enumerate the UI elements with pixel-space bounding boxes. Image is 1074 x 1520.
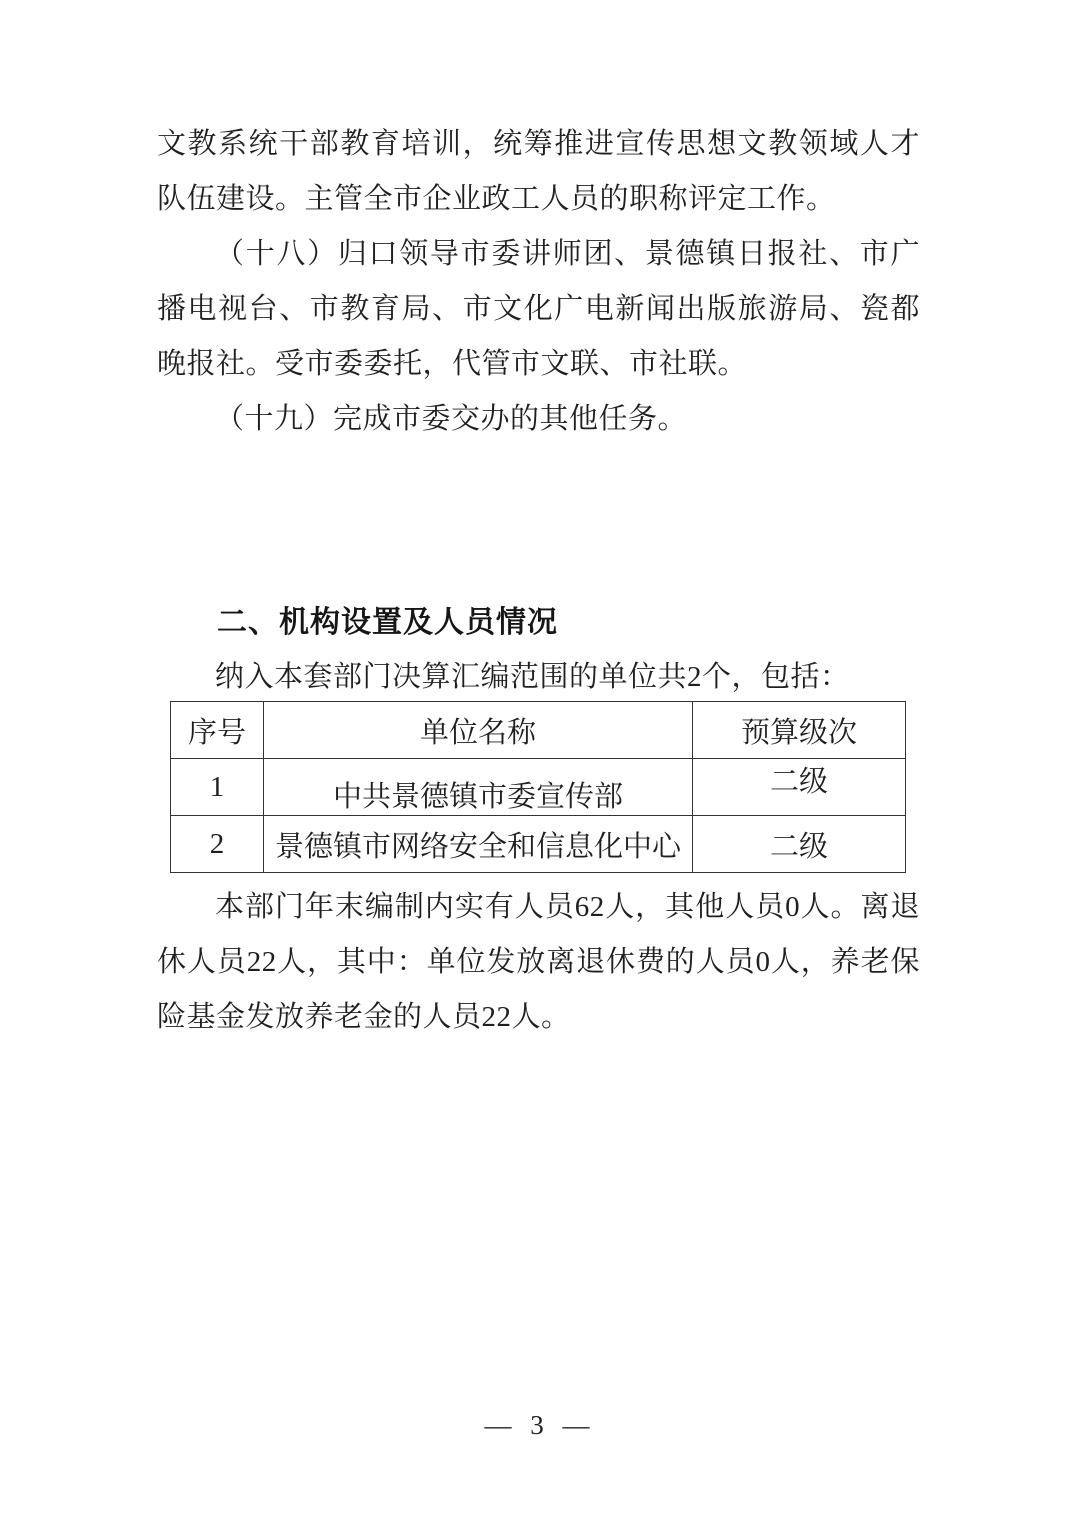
cell-budget-level: 二级 (693, 816, 906, 873)
table-header-row: 序号 单位名称 预算级次 (171, 702, 906, 759)
paragraph-continuation: 文教系统干部教育培训，统筹推进宣传思想文教领域人才队伍建设。主管全市企业政工人员… (157, 117, 920, 227)
cell-budget-level-text: 二级 (770, 759, 828, 800)
cell-index: 1 (171, 759, 264, 816)
page-number: — 3 — (0, 1405, 1074, 1445)
col-header-unit-name: 单位名称 (264, 702, 693, 759)
paragraph-item-19: （十九）完成市委交办的其他任务。 (157, 392, 920, 447)
paragraph-personnel: 本部门年末编制内实有人员62人，其他人员0人。离退休人员22人，其中：单位发放离… (157, 880, 920, 1045)
units-table: 序号 单位名称 预算级次 1 中共景德镇市委宣传部 二级 2 景德镇市网络安全和… (170, 701, 906, 873)
col-header-index: 序号 (171, 702, 264, 759)
cell-unit-name-text: 中共景德镇市委宣传部 (333, 774, 623, 815)
cell-budget-level: 二级 (693, 759, 906, 816)
col-header-budget-level: 预算级次 (693, 702, 906, 759)
cell-unit-name: 景德镇市网络安全和信息化中心 (264, 816, 693, 873)
paragraph-table-intro: 纳入本套部门决算汇编范围的单位共2个，包括： (157, 650, 920, 705)
table-row: 1 中共景德镇市委宣传部 二级 (171, 759, 906, 816)
paragraph-item-18: （十八）归口领导市委讲师团、景德镇日报社、市广播电视台、市教育局、市文化广电新闻… (157, 227, 920, 392)
document-content: 文教系统干部教育培训，统筹推进宣传思想文教领域人才队伍建设。主管全市企业政工人员… (157, 117, 920, 1045)
cell-index: 2 (171, 816, 264, 873)
section-heading: 二、机构设置及人员情况 (157, 595, 920, 650)
cell-unit-name: 中共景德镇市委宣传部 (264, 759, 693, 816)
table-row: 2 景德镇市网络安全和信息化中心 二级 (171, 816, 906, 873)
document-page: 文教系统干部教育培训，统筹推进宣传思想文教领域人才队伍建设。主管全市企业政工人员… (0, 0, 1074, 1520)
